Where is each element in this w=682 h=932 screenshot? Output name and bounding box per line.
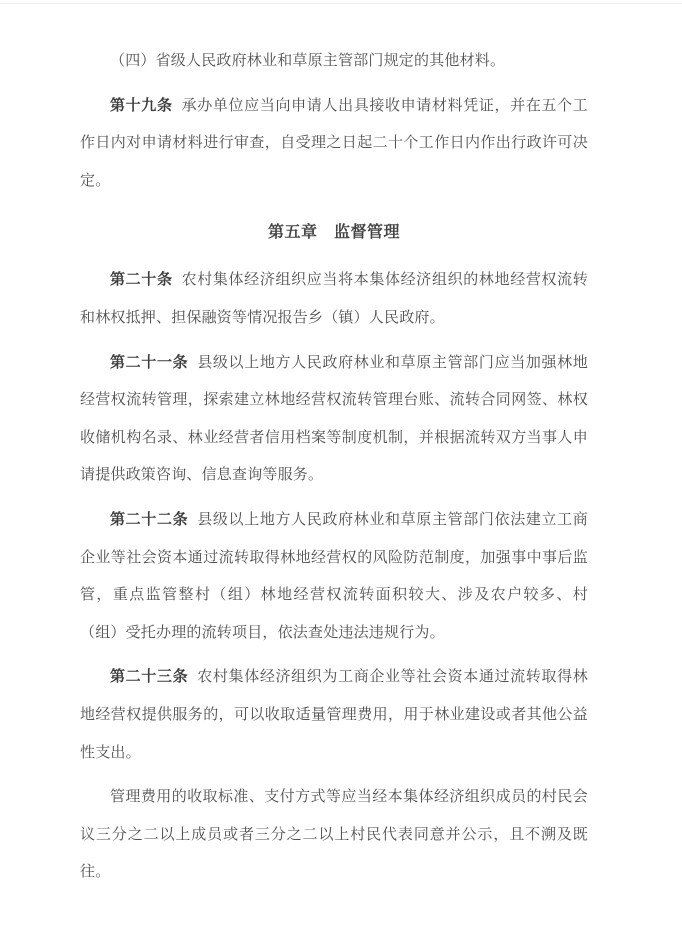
article-19: 第十九条承办单位应当向申请人出具接收申请材料凭证，并在五个工作日内对申请材料进行…	[80, 88, 588, 201]
article-21: 第二十一条县级以上地方人民政府林业和草原主管部门应当加强林地经营权流转管理，探索…	[80, 345, 588, 495]
article-number: 第二十二条	[110, 512, 188, 528]
article-text: 管理费用的收取标准、支付方式等应当经本集体经济组织成员的村民会议三分之二以上成员…	[80, 789, 588, 880]
article-text: 县级以上地方人民政府林业和草原主管部门应当加强林地经营权流转管理，探索建立林地经…	[80, 355, 588, 484]
page-top-edge	[0, 3, 682, 4]
article-23: 第二十三条农村集体经济组织为工商企业等社会资本通过流转取得林地经营权提供服务的，…	[80, 659, 588, 772]
article-number: 第十九条	[110, 98, 173, 114]
clause-item-four: （四）省级人民政府林业和草原主管部门规定的其他材料。	[80, 43, 588, 81]
article-23-para-2: 管理费用的收取标准、支付方式等应当经本集体经济组织成员的村民会议三分之二以上成员…	[80, 779, 588, 892]
document-body: （四）省级人民政府林业和草原主管部门规定的其他材料。 第十九条承办单位应当向申请…	[80, 43, 588, 899]
chapter-5-heading: 第五章 监督管理	[80, 214, 588, 252]
document-page: （四）省级人民政府林业和草原主管部门规定的其他材料。 第十九条承办单位应当向申请…	[0, 0, 682, 932]
article-number: 第二十条	[110, 272, 173, 288]
article-22: 第二十二条县级以上地方人民政府林业和草原主管部门依法建立工商企业等社会资本通过流…	[80, 502, 588, 652]
article-number: 第二十三条	[110, 669, 188, 685]
article-text: （四）省级人民政府林业和草原主管部门规定的其他材料。	[110, 53, 505, 69]
article-text: 县级以上地方人民政府林业和草原主管部门依法建立工商企业等社会资本通过流转取得林地…	[80, 512, 588, 641]
article-20: 第二十条农村集体经济组织应当将本集体经济组织的林地经营权流转和林权抵押、担保融资…	[80, 262, 588, 337]
article-number: 第二十一条	[110, 355, 188, 371]
